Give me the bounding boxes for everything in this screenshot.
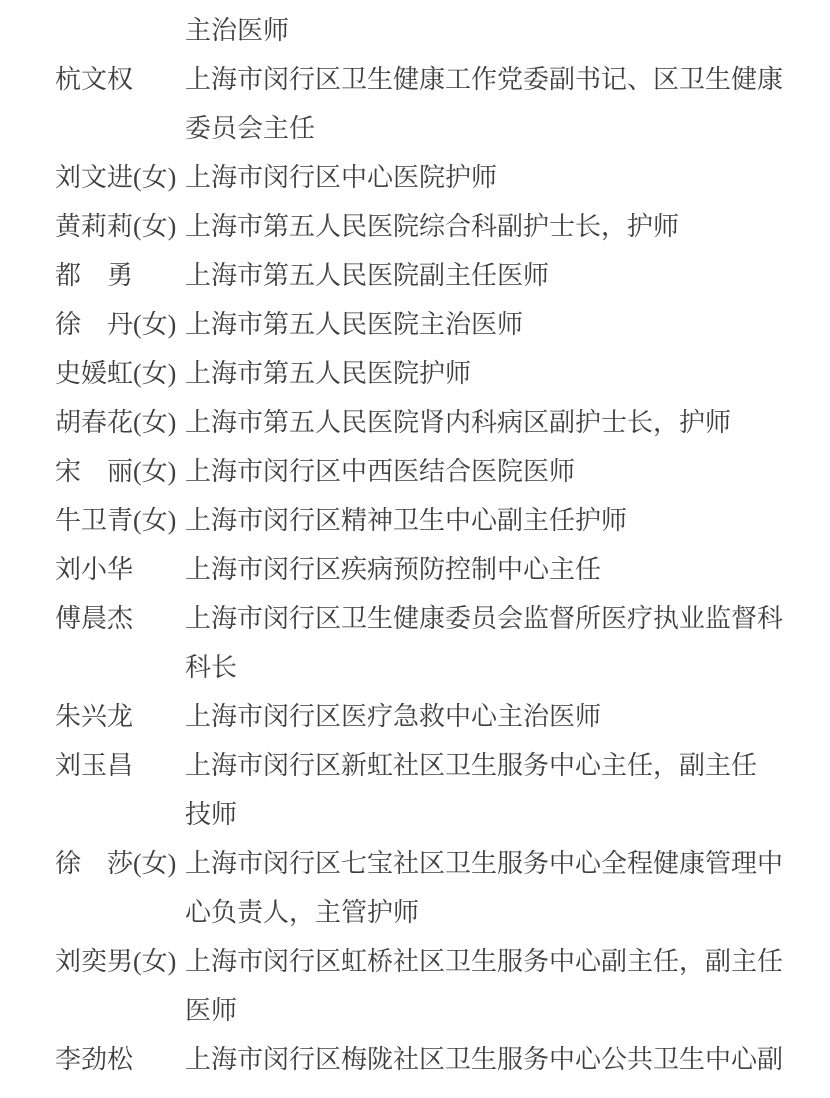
- gender-suffix: (女): [133, 447, 185, 496]
- person-name: 刘奕男: [55, 937, 133, 986]
- gender-suffix: [133, 692, 185, 741]
- position-line: 上海市闵行区虹桥社区卫生服务中心副主任，副主任: [185, 937, 795, 986]
- position-line: 上海市第五人民医院主治医师: [185, 300, 795, 349]
- person-position: 上海市第五人民医院副主任医师: [185, 251, 795, 300]
- person-name: 胡春花: [55, 398, 133, 447]
- person-name: 刘小华: [55, 545, 133, 594]
- list-entry: 牛卫青(女)上海市闵行区精神卫生中心副主任护师: [55, 496, 830, 545]
- gender-suffix: (女): [133, 937, 185, 986]
- list-entry: 胡春花(女)上海市第五人民医院肾内科病区副护士长，护师: [55, 398, 830, 447]
- position-line: 上海市闵行区中西医结合医院医师: [185, 447, 795, 496]
- person-name: 徐丹: [55, 300, 133, 349]
- list-entry: 宋丽(女)上海市闵行区中西医结合医院医师: [55, 447, 830, 496]
- list-entry: 杭文权上海市闵行区卫生健康工作党委副书记、区卫生健康委员会主任: [55, 55, 830, 153]
- gender-suffix: [133, 545, 185, 594]
- person-position: 上海市闵行区医疗急救中心主治医师: [185, 692, 795, 741]
- name-list-page: 主治医师杭文权上海市闵行区卫生健康工作党委副书记、区卫生健康委员会主任刘文进(女…: [0, 0, 830, 1098]
- person-position: 主治医师: [185, 6, 795, 55]
- person-position: 上海市闵行区七宝社区卫生服务中心全程健康管理中心负责人，主管护师: [185, 839, 795, 937]
- position-line: 委员会主任: [185, 104, 795, 153]
- position-line: 上海市闵行区卫生健康工作党委副书记、区卫生健康: [185, 55, 795, 104]
- position-line: 上海市闵行区医疗急救中心主治医师: [185, 692, 795, 741]
- list-entry: 刘玉昌上海市闵行区新虹社区卫生服务中心主任，副主任技师: [55, 741, 830, 839]
- person-position: 上海市闵行区中西医结合医院医师: [185, 447, 795, 496]
- entries-list: 主治医师杭文权上海市闵行区卫生健康工作党委副书记、区卫生健康委员会主任刘文进(女…: [55, 6, 830, 1084]
- gender-suffix: [133, 6, 185, 55]
- list-entry: 主治医师: [55, 6, 830, 55]
- person-position: 上海市闵行区梅陇社区卫生服务中心公共卫生中心副: [185, 1035, 795, 1084]
- gender-suffix: (女): [133, 349, 185, 398]
- position-line: 上海市闵行区新虹社区卫生服务中心主任，副主任: [185, 741, 795, 790]
- gender-suffix: [133, 1035, 185, 1084]
- list-entry: 徐莎(女)上海市闵行区七宝社区卫生服务中心全程健康管理中心负责人，主管护师: [55, 839, 830, 937]
- person-name: 都勇: [55, 251, 133, 300]
- gender-suffix: (女): [133, 153, 185, 202]
- person-position: 上海市闵行区精神卫生中心副主任护师: [185, 496, 795, 545]
- list-entry: 刘奕男(女)上海市闵行区虹桥社区卫生服务中心副主任，副主任医师: [55, 937, 830, 1035]
- person-position: 上海市第五人民医院肾内科病区副护士长，护师: [185, 398, 795, 447]
- person-name: 刘玉昌: [55, 741, 133, 790]
- person-name: 杭文权: [55, 55, 133, 104]
- list-entry: 徐丹(女)上海市第五人民医院主治医师: [55, 300, 830, 349]
- person-position: 上海市第五人民医院综合科副护士长，护师: [185, 202, 795, 251]
- person-position: 上海市闵行区中心医院护师: [185, 153, 795, 202]
- gender-suffix: [133, 55, 185, 104]
- list-entry: 史媛虹(女)上海市第五人民医院护师: [55, 349, 830, 398]
- person-name: 朱兴龙: [55, 692, 133, 741]
- gender-suffix: [133, 251, 185, 300]
- list-entry: 李劲松上海市闵行区梅陇社区卫生服务中心公共卫生中心副: [55, 1035, 830, 1084]
- position-line: 上海市闵行区疾病预防控制中心主任: [185, 545, 795, 594]
- list-entry: 都勇上海市第五人民医院副主任医师: [55, 251, 830, 300]
- list-entry: 黄莉莉(女)上海市第五人民医院综合科副护士长，护师: [55, 202, 830, 251]
- position-line: 上海市第五人民医院肾内科病区副护士长，护师: [185, 398, 795, 447]
- person-position: 上海市第五人民医院护师: [185, 349, 795, 398]
- person-position: 上海市闵行区疾病预防控制中心主任: [185, 545, 795, 594]
- gender-suffix: (女): [133, 496, 185, 545]
- gender-suffix: (女): [133, 202, 185, 251]
- person-position: 上海市第五人民医院主治医师: [185, 300, 795, 349]
- position-line: 技师: [185, 790, 795, 839]
- person-position: 上海市闵行区新虹社区卫生服务中心主任，副主任技师: [185, 741, 795, 839]
- position-line: 上海市闵行区七宝社区卫生服务中心全程健康管理中: [185, 839, 795, 888]
- position-line: 上海市第五人民医院副主任医师: [185, 251, 795, 300]
- person-name: 傅晨杰: [55, 594, 133, 643]
- position-line: 上海市闵行区中心医院护师: [185, 153, 795, 202]
- person-name: 史媛虹: [55, 349, 133, 398]
- person-name: 徐莎: [55, 839, 133, 888]
- position-line: 主治医师: [185, 6, 795, 55]
- person-name: 牛卫青: [55, 496, 133, 545]
- person-name: [55, 6, 133, 55]
- position-line: 科长: [185, 643, 795, 692]
- person-position: 上海市闵行区虹桥社区卫生服务中心副主任，副主任医师: [185, 937, 795, 1035]
- person-name: 李劲松: [55, 1035, 133, 1084]
- gender-suffix: (女): [133, 300, 185, 349]
- gender-suffix: (女): [133, 839, 185, 888]
- gender-suffix: (女): [133, 398, 185, 447]
- person-name: 黄莉莉: [55, 202, 133, 251]
- list-entry: 傅晨杰上海市闵行区卫生健康委员会监督所医疗执业监督科科长: [55, 594, 830, 692]
- position-line: 心负责人，主管护师: [185, 888, 795, 937]
- gender-suffix: [133, 741, 185, 790]
- list-entry: 朱兴龙上海市闵行区医疗急救中心主治医师: [55, 692, 830, 741]
- position-line: 医师: [185, 986, 795, 1035]
- position-line: 上海市第五人民医院综合科副护士长，护师: [185, 202, 795, 251]
- person-position: 上海市闵行区卫生健康委员会监督所医疗执业监督科科长: [185, 594, 795, 692]
- person-name: 刘文进: [55, 153, 133, 202]
- person-name: 宋丽: [55, 447, 133, 496]
- list-entry: 刘文进(女)上海市闵行区中心医院护师: [55, 153, 830, 202]
- person-position: 上海市闵行区卫生健康工作党委副书记、区卫生健康委员会主任: [185, 55, 795, 153]
- gender-suffix: [133, 594, 185, 643]
- position-line: 上海市第五人民医院护师: [185, 349, 795, 398]
- list-entry: 刘小华上海市闵行区疾病预防控制中心主任: [55, 545, 830, 594]
- position-line: 上海市闵行区卫生健康委员会监督所医疗执业监督科: [185, 594, 795, 643]
- position-line: 上海市闵行区梅陇社区卫生服务中心公共卫生中心副: [185, 1035, 795, 1084]
- position-line: 上海市闵行区精神卫生中心副主任护师: [185, 496, 795, 545]
